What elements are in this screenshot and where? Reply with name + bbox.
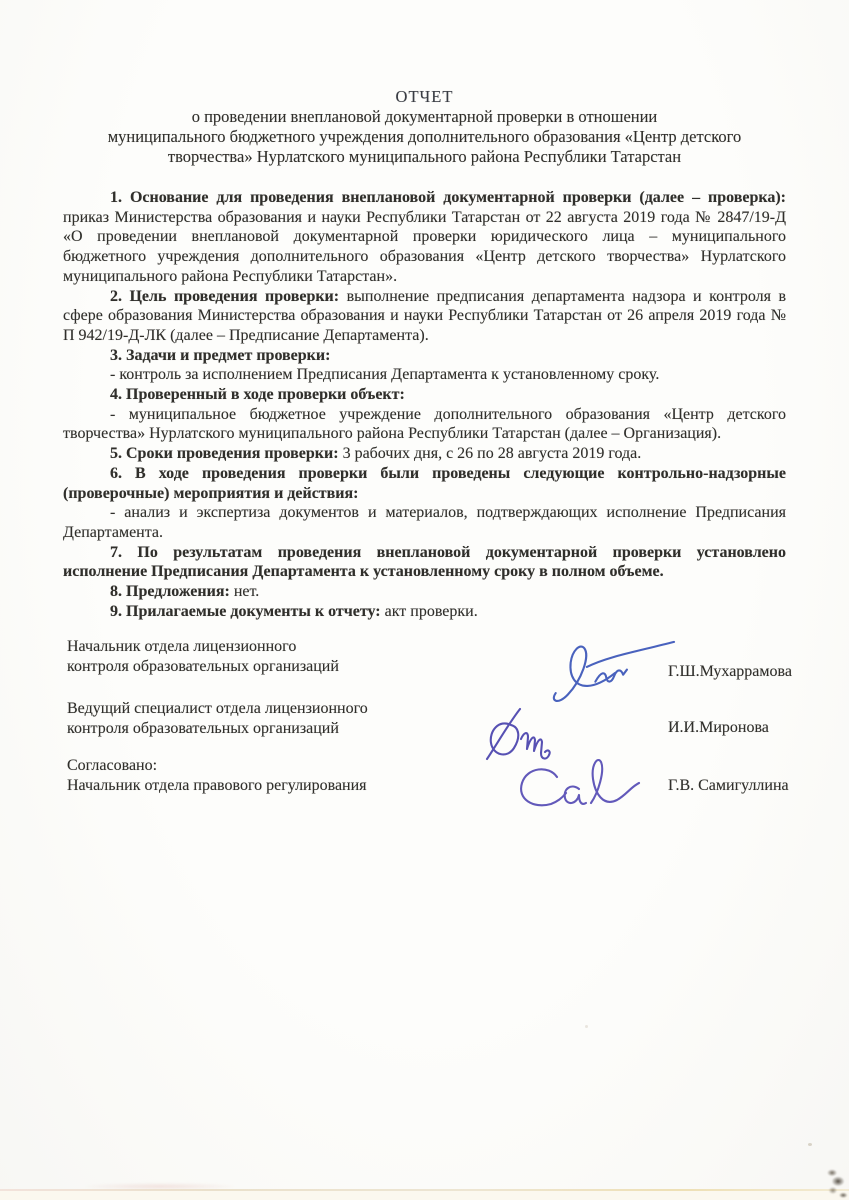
signature-scribble-icon-1: [546, 637, 683, 706]
signatory-name-2: И.И.Миронова: [668, 718, 769, 738]
scan-smudge-artifact: [823, 1166, 849, 1200]
signature-scribble-icon-3: [513, 755, 643, 813]
signatory-name-3: Г.В. Самигуллина: [668, 776, 789, 796]
paragraph-4-lead: 4. Проверенный в ходе проверки объект:: [110, 386, 405, 403]
paragraph-8: 8. Предложения: нет.: [63, 582, 786, 602]
scanned-document-page: ОТЧЕТ о проведении внеплановой документа…: [0, 0, 849, 1200]
paragraph-3-item: - контроль за исполнением Предписания Де…: [63, 365, 786, 385]
paragraph-9-lead: 9. Прилагаемые документы к отчету:: [110, 603, 381, 620]
document-body: 1. Основание для проведения внеплановой …: [63, 188, 786, 621]
paragraph-5-lead: 5. Сроки проведения проверки:: [110, 445, 339, 462]
paragraph-7: 7. По результатам проведения внеплановой…: [63, 543, 786, 582]
paragraph-8-text: нет.: [230, 583, 259, 600]
paragraph-4: 4. Проверенный в ходе проверки объект:: [63, 385, 786, 405]
paragraph-9: 9. Прилагаемые документы к отчету: акт п…: [63, 602, 786, 622]
document-subtitle: о проведении внеплановой документарной п…: [63, 107, 786, 167]
paragraph-3-item-text: - контроль за исполнением Предписания Де…: [110, 366, 659, 383]
paragraph-8-lead: 8. Предложения:: [110, 583, 230, 600]
paragraph-2-lead: 2. Цель проведения проверки:: [110, 288, 339, 305]
paragraph-9-text: акт проверки.: [381, 603, 478, 620]
signature-block: Начальник отдела лицензионного контроля …: [63, 637, 786, 877]
paragraph-3-lead: 3. Задачи и предмет проверки:: [110, 347, 330, 364]
signatory-name-1: Г.Ш.Мухаррамова: [668, 662, 792, 682]
paragraph-1-text: приказ Министерства образования и науки …: [63, 209, 786, 285]
document-title: ОТЧЕТ: [63, 86, 786, 107]
signatory-position-2: Ведущий специалист отдела лицензионного …: [67, 699, 497, 738]
paragraph-5: 5. Сроки проведения проверки: 3 рабочих …: [63, 444, 786, 464]
signatory-position-1: Начальник отдела лицензионного контроля …: [67, 637, 497, 676]
paragraph-4-item: - муниципальное бюджетное учреждение доп…: [63, 405, 786, 444]
paragraph-4-item-text: - муниципальное бюджетное учреждение доп…: [63, 406, 786, 443]
scan-speck-artifact: [808, 1143, 812, 1146]
paragraph-7-lead: 7. По результатам проведения внеплановой…: [63, 544, 786, 581]
paragraph-6-item-text: - анализ и экспертиза документов и матер…: [63, 504, 786, 541]
scan-speck-artifact: [585, 1025, 588, 1028]
paragraph-2: 2. Цель проведения проверки: выполнение …: [63, 287, 786, 346]
signatory-position-3: Согласовано: Начальник отдела правового …: [67, 756, 497, 795]
paragraph-1-lead: 1. Основание для проведения внеплановой …: [110, 189, 786, 206]
paragraph-3: 3. Задачи и предмет проверки:: [63, 346, 786, 366]
paragraph-5-text: 3 рабочих дня, с 26 по 28 августа 2019 г…: [339, 445, 642, 462]
scan-edge-strip-artifact: [0, 1191, 849, 1200]
paragraph-6-lead: 6. В ходе проведения проверки были прове…: [63, 465, 786, 502]
paragraph-1: 1. Основание для проведения внеплановой …: [63, 188, 786, 287]
paragraph-6: 6. В ходе проведения проверки были прове…: [63, 464, 786, 503]
paragraph-6-item: - анализ и экспертиза документов и матер…: [63, 503, 786, 542]
